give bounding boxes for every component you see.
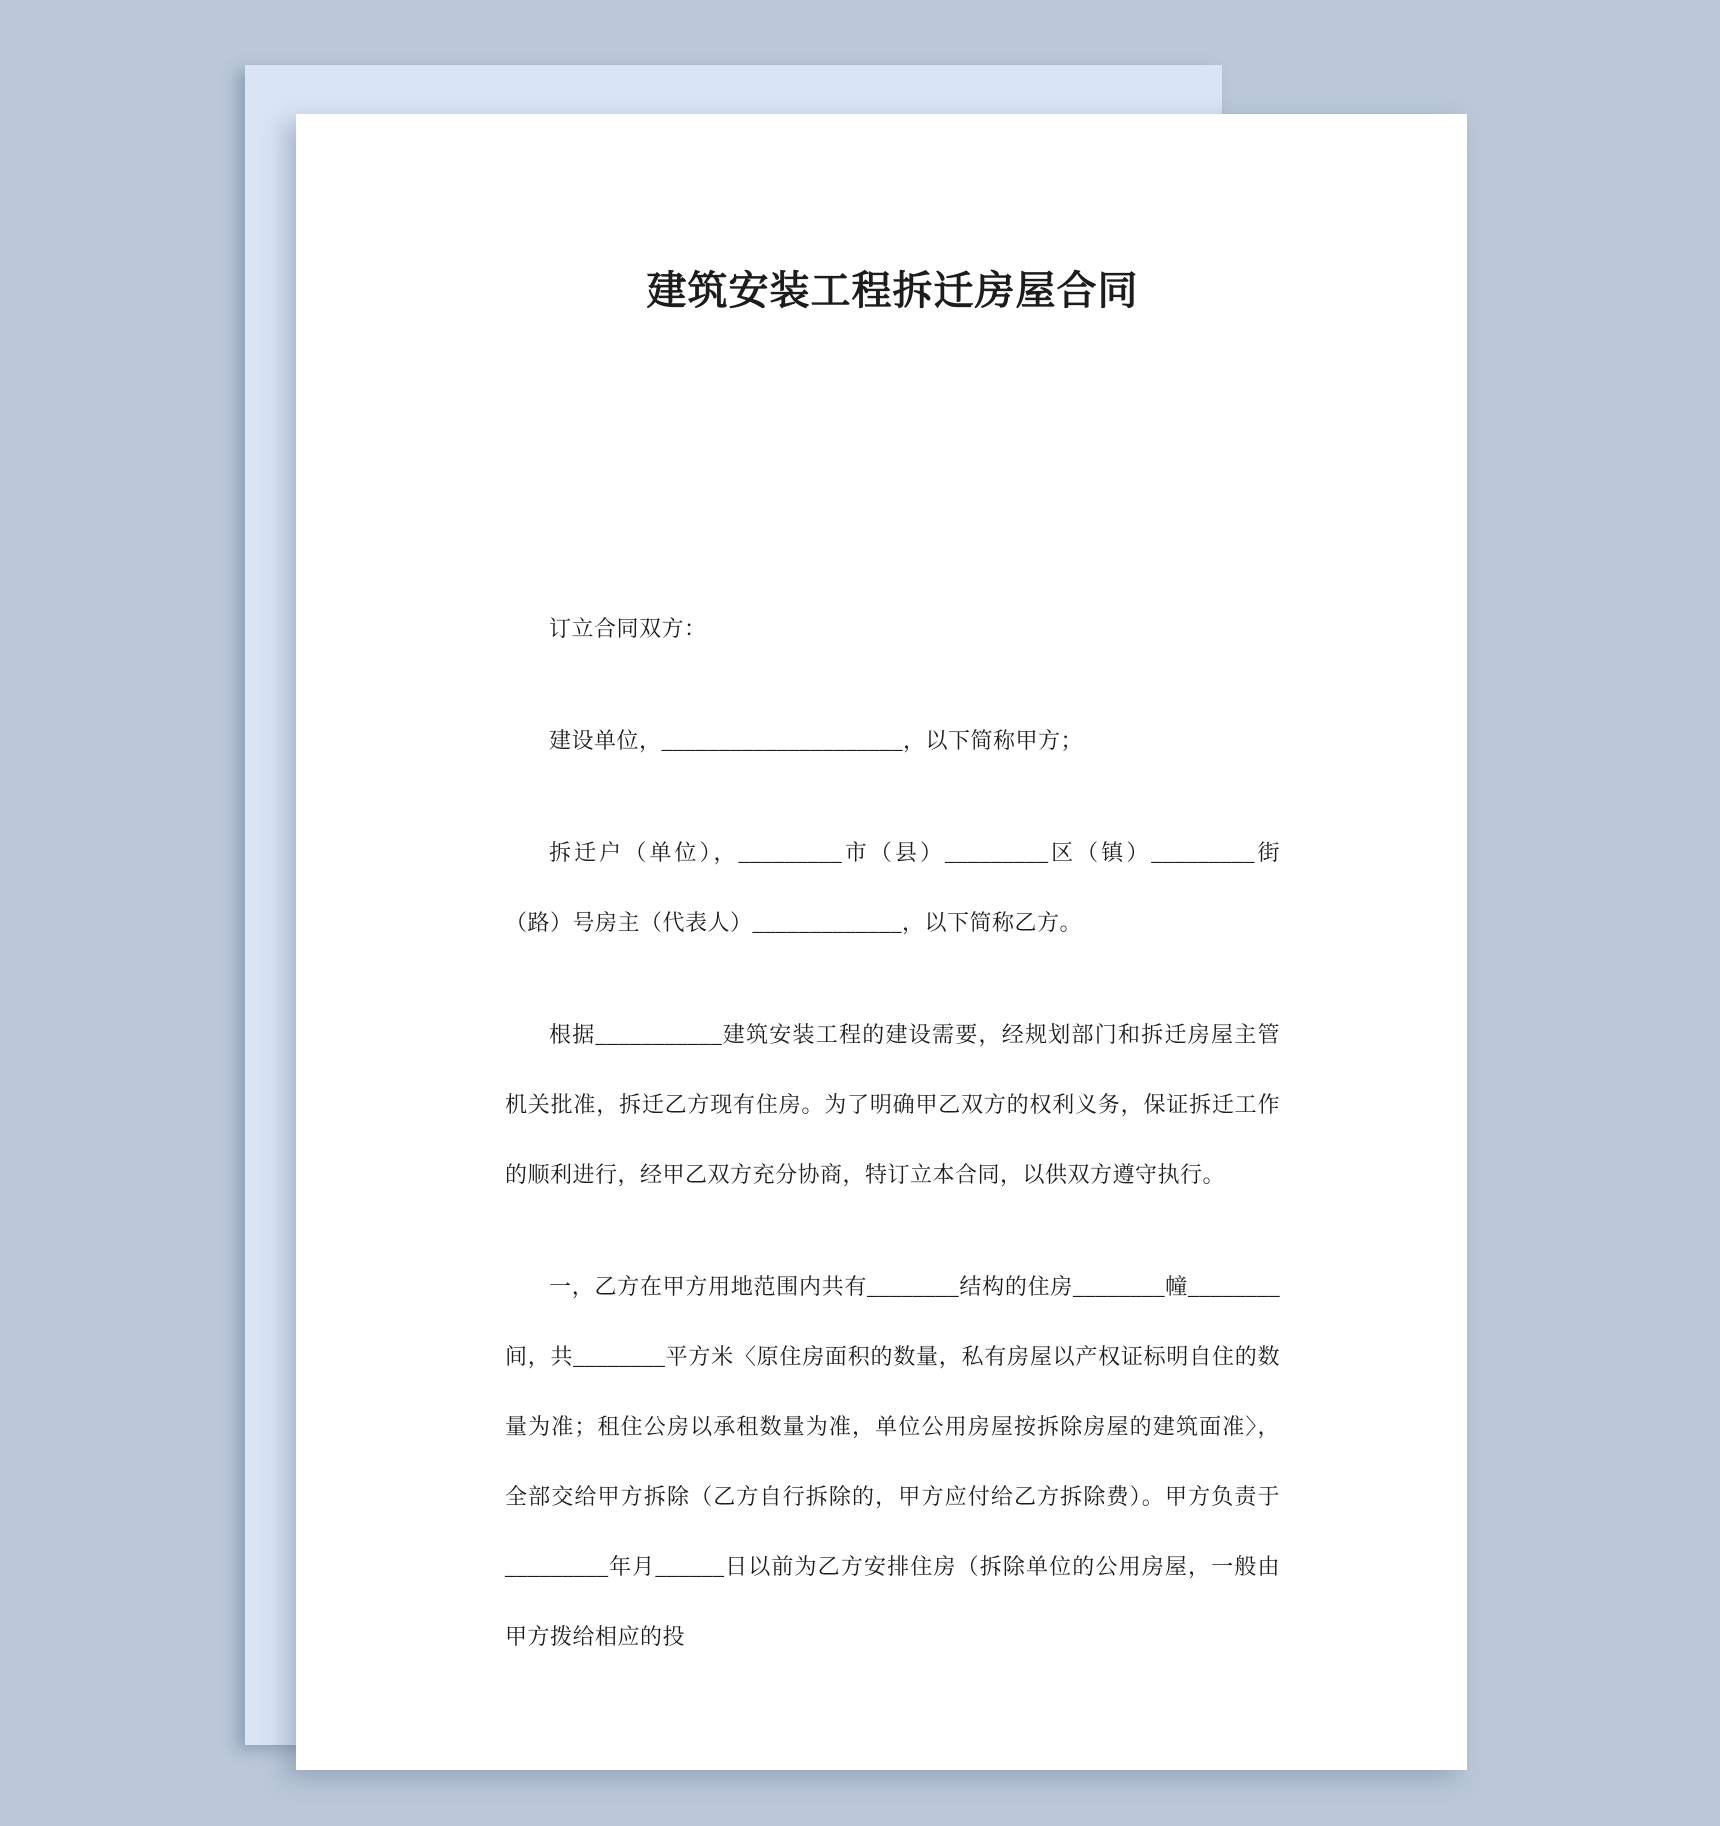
preview-background: 建筑安装工程拆迁房屋合同 订立合同双方： 建设单位，______________… [0, 0, 1720, 1826]
paper-page: 建筑安装工程拆迁房屋合同 订立合同双方： 建设单位，______________… [296, 114, 1467, 1770]
paragraph-parties-intro: 订立合同双方： [505, 594, 1280, 664]
paragraph-party-b: 拆迁户（单位），_________市（县）_________区（镇）______… [505, 818, 1280, 958]
paragraph-preamble: 根据___________建筑安装工程的建设需要，经规划部门和拆迁房屋主管机关批… [505, 1000, 1280, 1210]
paragraph-clause-one: 一，乙方在甲方用地范围内共有________结构的住房________幢____… [505, 1252, 1280, 1672]
document-body: 建筑安装工程拆迁房屋合同 订立合同双方： 建设单位，______________… [296, 114, 1467, 1770]
paragraph-party-a: 建设单位，_____________________，以下简称甲方； [505, 706, 1280, 776]
document-title: 建筑安装工程拆迁房屋合同 [505, 264, 1280, 318]
